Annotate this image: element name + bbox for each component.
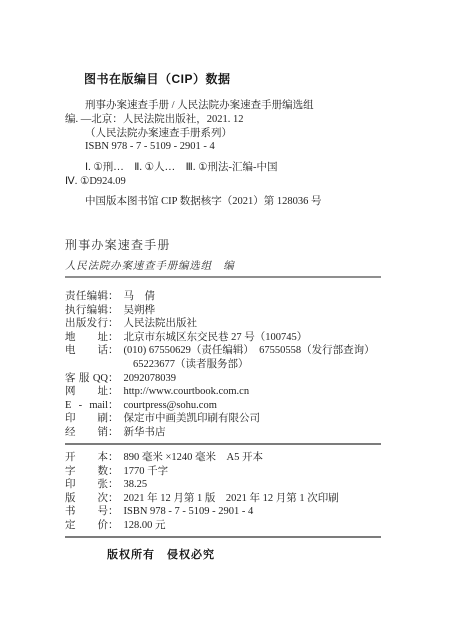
row-colon: ：	[108, 373, 119, 384]
row-colon: ：	[108, 318, 119, 329]
row-value: 新华书店	[124, 427, 166, 438]
cip-description: 刑事办案速查手册 / 人民法院办案速查手册编选组 编. —北京：人民法院出版社，…	[65, 99, 385, 154]
row-label: 电话	[65, 344, 108, 358]
row-value: (010) 67550629（责任编辑） 67550558（发行部查询）	[124, 345, 375, 356]
divider-top	[65, 276, 381, 278]
row-format: 开本：890 毫米 ×1240 毫米 A5 开本	[65, 451, 339, 465]
row-label: 印张	[65, 478, 108, 492]
cip-description-line: 编. —北京：人民法院出版社，2021. 12	[65, 113, 385, 127]
book-title: 刑事办案速查手册	[65, 236, 171, 253]
row-email: E - mail：courtpress@sohu.com	[65, 399, 375, 413]
row-website: 网址：http://www.courtbook.com.cn	[65, 385, 375, 399]
book-editors: 人民法院办案速查手册编选组 编	[65, 258, 235, 273]
row-sheets: 印张：38.25	[65, 478, 339, 492]
row-label: 印刷	[65, 412, 108, 426]
row-colon: ：	[108, 332, 119, 343]
row-printer: 印刷：保定市中画美凯印刷有限公司	[65, 412, 375, 426]
row-label: 版次	[65, 492, 108, 506]
row-value: 890 毫米 ×1240 毫米 A5 开本	[124, 452, 264, 463]
row-label: 执行编辑	[65, 304, 108, 318]
row-colon: ：	[108, 520, 119, 531]
row-value: 65223677（读者服务部）	[65, 359, 249, 370]
row-value: 吴朔桦	[124, 305, 156, 316]
row-colon: ：	[108, 427, 119, 438]
divider-middle	[65, 443, 381, 445]
row-colon: ：	[108, 506, 119, 517]
row-value: 北京市东城区东交民巷 27 号（100745）	[124, 332, 308, 343]
row-colon: ：	[108, 386, 119, 397]
row-colon: ：	[108, 493, 119, 504]
row-word-count: 字数：1770 千字	[65, 465, 339, 479]
cip-record-number: 中国版本图书馆 CIP 数据核字（2021）第 128036 号	[85, 193, 321, 208]
row-value: 保定市中画美凯印刷有限公司	[124, 413, 261, 424]
row-service-qq: 客服QQ：2092078039	[65, 372, 375, 386]
row-address: 地址：北京市东城区东交民巷 27 号（100745）	[65, 331, 375, 345]
cip-isbn-line: ISBN 978 - 7 - 5109 - 2901 - 4	[65, 140, 385, 154]
cip-series-line: （人民法院办案速查手册系列）	[65, 127, 385, 141]
row-isbn: 书号：ISBN 978 - 7 - 5109 - 2901 - 4	[65, 505, 339, 519]
row-colon: ：	[108, 479, 119, 490]
row-label: 字数	[65, 465, 108, 479]
row-label: 客服QQ	[65, 372, 108, 386]
row-colon: ：	[108, 305, 119, 316]
row-value: 人民法院出版社	[124, 318, 198, 329]
publication-info: 责任编辑：马 倩 执行编辑：吴朔桦 出版发行：人民法院出版社 地址：北京市东城区…	[65, 290, 375, 440]
row-label: E - mail	[65, 399, 108, 413]
row-label: 地址	[65, 331, 108, 345]
row-label: 网址	[65, 385, 108, 399]
row-value: courtpress@sohu.com	[124, 400, 217, 411]
row-colon: ：	[108, 291, 119, 302]
row-value: 2092078039	[124, 373, 177, 384]
row-label: 开本	[65, 451, 108, 465]
row-price: 定价：128.00 元	[65, 519, 339, 533]
row-colon: ：	[108, 345, 119, 356]
row-phone-continuation: 65223677（读者服务部）	[65, 358, 375, 372]
row-value: 2021 年 12 月第 1 版 2021 年 12 月第 1 次印刷	[124, 493, 339, 504]
row-edition: 版次：2021 年 12 月第 1 版 2021 年 12 月第 1 次印刷	[65, 492, 339, 506]
row-label: 出版发行	[65, 317, 108, 331]
row-colon: ：	[108, 466, 119, 477]
row-value: http://www.courtbook.com.cn	[124, 386, 250, 397]
copyright-notice: 版权所有 侵权必究	[107, 546, 215, 562]
cip-class-line: Ⅰ. ①刑… Ⅱ. ①人… Ⅲ. ①刑法-汇编-中国	[65, 161, 385, 175]
row-colon: ：	[108, 400, 119, 411]
cip-class-line: Ⅳ. ①D924.09	[65, 175, 385, 189]
cip-description-line: 刑事办案速查手册 / 人民法院办案速查手册编选组	[65, 99, 385, 113]
row-colon: ：	[108, 452, 119, 463]
row-value: 马 倩	[124, 291, 156, 302]
divider-bottom	[65, 536, 381, 538]
copyright-page: 图书在版编目（CIP）数据 刑事办案速查手册 / 人民法院办案速查手册编选组 编…	[0, 0, 454, 624]
row-responsible-editor: 责任编辑：马 倩	[65, 290, 375, 304]
row-phone: 电话：(010) 67550629（责任编辑） 67550558（发行部查询）	[65, 344, 375, 358]
cip-heading: 图书在版编目（CIP）数据	[84, 70, 231, 87]
row-value: 128.00 元	[124, 520, 166, 531]
row-label: 责任编辑	[65, 290, 108, 304]
row-executive-editor: 执行编辑：吴朔桦	[65, 304, 375, 318]
row-value: 38.25	[124, 479, 148, 490]
row-label: 定价	[65, 519, 108, 533]
row-label: 书号	[65, 505, 108, 519]
row-publisher: 出版发行：人民法院出版社	[65, 317, 375, 331]
printing-info: 开本：890 毫米 ×1240 毫米 A5 开本 字数：1770 千字 印张：3…	[65, 451, 339, 533]
row-distributor: 经销：新华书店	[65, 426, 375, 440]
cip-classification: Ⅰ. ①刑… Ⅱ. ①人… Ⅲ. ①刑法-汇编-中国 Ⅳ. ①D924.09	[65, 161, 385, 189]
row-label: 经销	[65, 426, 108, 440]
row-value: ISBN 978 - 7 - 5109 - 2901 - 4	[124, 506, 254, 517]
row-colon: ：	[108, 413, 119, 424]
row-value: 1770 千字	[124, 466, 169, 477]
